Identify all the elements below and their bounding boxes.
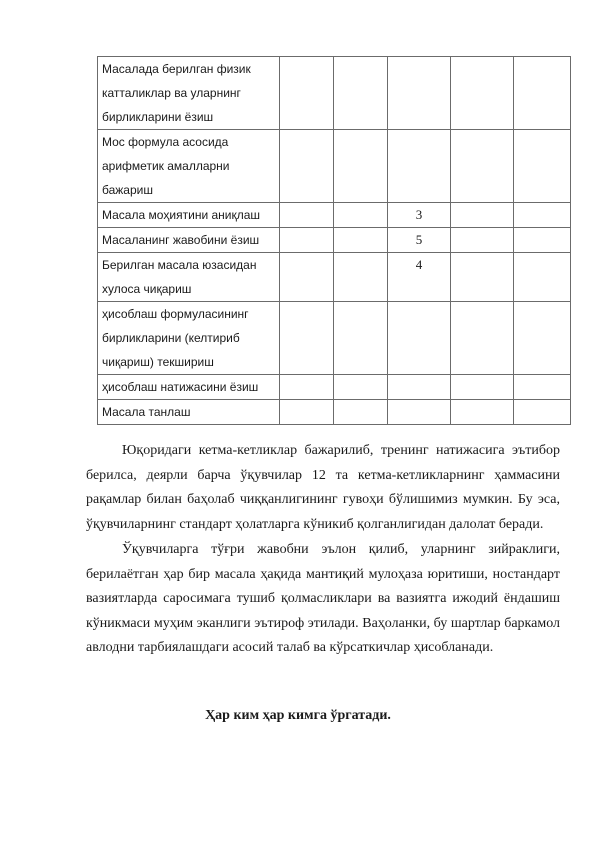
score-cell <box>280 57 334 130</box>
row-label: Масала моҳиятини аниқлаш <box>98 203 280 228</box>
body-paragraph: Ўқувчиларга тўғри жавобни эълон қилиб, у… <box>86 538 560 661</box>
score-cell <box>280 253 334 302</box>
score-cell <box>334 228 388 253</box>
score-cell <box>334 400 388 425</box>
row-label: ҳисоблаш формуласининг бирликларини (кел… <box>98 302 280 375</box>
score-cell <box>514 57 571 130</box>
score-cell <box>280 302 334 375</box>
score-cell <box>451 375 514 400</box>
table-row: Масаланинг жавобини ёзиш 5 <box>98 228 571 253</box>
score-cell <box>334 130 388 203</box>
score-cell <box>334 203 388 228</box>
score-cell <box>451 253 514 302</box>
row-label: Масала танлаш <box>98 400 280 425</box>
score-cell <box>388 57 451 130</box>
evaluation-table: Масалада берилган физик катталиклар ва у… <box>97 56 571 425</box>
score-cell <box>451 302 514 375</box>
row-label: Мос формула асосида арифметик амалларни … <box>98 130 280 203</box>
score-cell <box>334 302 388 375</box>
motto-heading: Ҳар ким ҳар кимга ўргатади. <box>0 708 596 724</box>
table-row: Масалада берилган физик катталиклар ва у… <box>98 57 571 130</box>
table-row: Берилган масала юзасидан хулоса чиқариш … <box>98 253 571 302</box>
score-cell: 3 <box>388 203 451 228</box>
score-cell <box>514 253 571 302</box>
table-row: Масала танлаш <box>98 400 571 425</box>
score-cell <box>514 302 571 375</box>
table-row: Масала моҳиятини аниқлаш 3 <box>98 203 571 228</box>
score-cell <box>280 400 334 425</box>
score-cell <box>514 400 571 425</box>
score-cell <box>451 130 514 203</box>
score-cell: 5 <box>388 228 451 253</box>
score-cell <box>388 375 451 400</box>
score-cell: 4 <box>388 253 451 302</box>
score-cell <box>388 400 451 425</box>
score-cell <box>514 375 571 400</box>
table-row: Мос формула асосида арифметик амалларни … <box>98 130 571 203</box>
score-cell <box>334 57 388 130</box>
score-cell <box>280 228 334 253</box>
score-cell <box>388 302 451 375</box>
score-cell <box>388 130 451 203</box>
row-label: Масалада берилган физик катталиклар ва у… <box>98 57 280 130</box>
score-cell <box>334 375 388 400</box>
score-cell <box>514 203 571 228</box>
score-cell <box>280 130 334 203</box>
row-label: ҳисоблаш натижасини ёзиш <box>98 375 280 400</box>
score-cell <box>334 253 388 302</box>
score-cell <box>451 400 514 425</box>
row-label: Масаланинг жавобини ёзиш <box>98 228 280 253</box>
score-cell <box>280 375 334 400</box>
score-cell <box>451 203 514 228</box>
score-cell <box>514 130 571 203</box>
score-cell <box>514 228 571 253</box>
table-row: ҳисоблаш натижасини ёзиш <box>98 375 571 400</box>
table-row: ҳисоблаш формуласининг бирликларини (кел… <box>98 302 571 375</box>
score-cell <box>451 57 514 130</box>
document-page: Масалада берилган физик катталиклар ва у… <box>0 0 596 842</box>
score-cell <box>451 228 514 253</box>
body-paragraph: Юқоридаги кетма-кетликлар бажарилиб, тре… <box>86 439 560 537</box>
score-cell <box>280 203 334 228</box>
row-label: Берилган масала юзасидан хулоса чиқариш <box>98 253 280 302</box>
